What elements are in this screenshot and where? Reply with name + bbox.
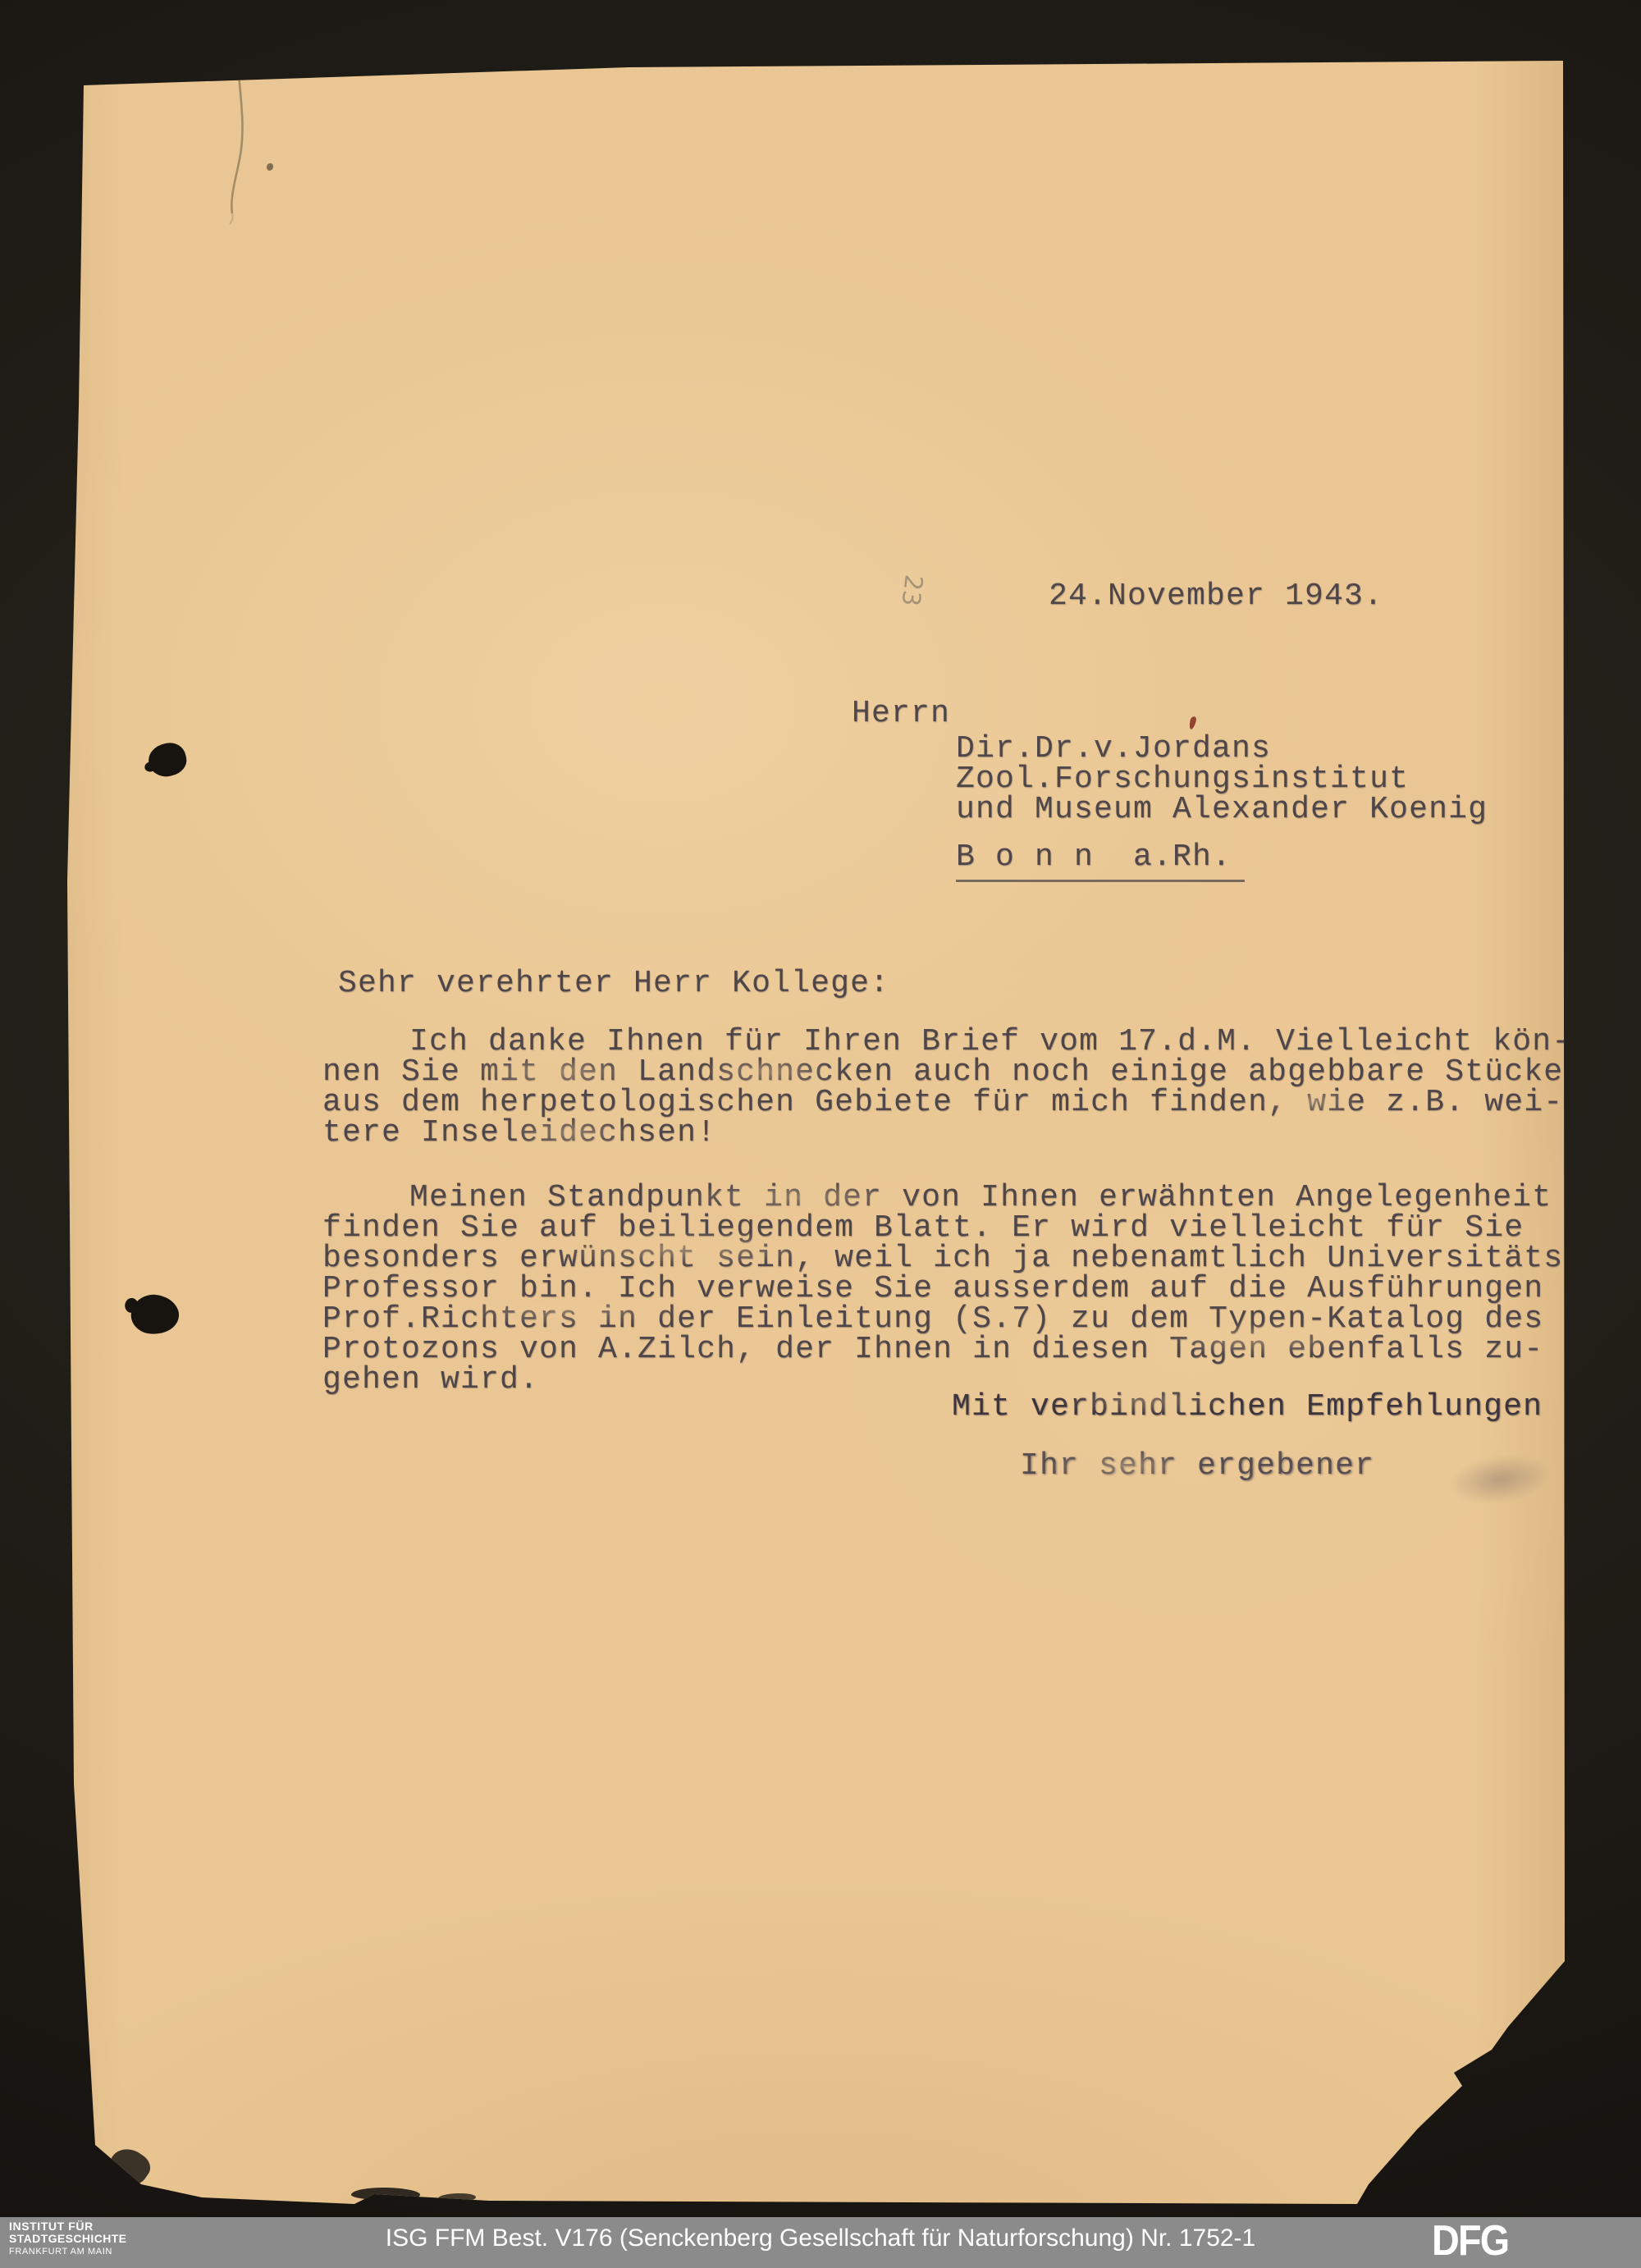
- edge-nick: [104, 2142, 155, 2191]
- body-line: besonders erwünscht sein, weil ich ja ne…: [322, 1243, 1583, 1273]
- scan-background: 24.November 1943. Herrn Dir.Dr.v.Jordans…: [0, 0, 1641, 2268]
- institute-line: STADTGESCHICHTE: [9, 2233, 126, 2245]
- body-line: Professor bin. Ich verweise Sie ausserde…: [322, 1273, 1583, 1304]
- red-ink-mark: [1188, 716, 1197, 729]
- paper-fiber: [210, 61, 267, 225]
- recipient-institute: Zool.Forschungsinstitut: [956, 764, 1409, 794]
- body-line: aus dem herpetologischen Gebiete für mic…: [322, 1087, 1571, 1118]
- recipient-institute-2: und Museum Alexander Koenig: [956, 794, 1488, 825]
- signature-line: Ihr sehr ergebener: [1020, 1451, 1374, 1481]
- greeting-line: Sehr verehrter Herr Kollege:: [338, 968, 889, 999]
- ink-smudge: [1447, 1449, 1555, 1511]
- institute-line: FRANKFURT AM MAIN: [9, 2246, 126, 2257]
- body-line: Protozons von A.Zilch, der Ihnen in dies…: [322, 1334, 1583, 1365]
- date-line: 24.November 1943.: [1049, 581, 1383, 611]
- recipient-intro: Herrn: [852, 698, 950, 729]
- punch-hole-bottom: [129, 1292, 181, 1337]
- body-line: finden Sie auf beiliegendem Blatt. Er wi…: [322, 1213, 1583, 1243]
- body-line: tere Inseleidechsen!: [322, 1118, 1571, 1148]
- body-line: Meinen Standpunkt in der von Ihnen erwäh…: [322, 1182, 1583, 1213]
- body-line: nen Sie mit den Landschnecken auch noch …: [322, 1057, 1571, 1087]
- archive-footer: INSTITUT FÜR STADTGESCHICHTE FRANKFURT A…: [0, 2217, 1641, 2268]
- institute-line: INSTITUT FÜR: [9, 2220, 126, 2233]
- punch-hole-top: [145, 740, 189, 780]
- footer-reference: ISG FFM Best. V176 (Senckenberg Gesellsc…: [386, 2225, 1255, 2252]
- recipient-city: B o n n a.Rh.: [956, 842, 1245, 882]
- letter-page: 24.November 1943. Herrn Dir.Dr.v.Jordans…: [62, 61, 1565, 2204]
- body-line: Ich danke Ihnen für Ihren Brief vom 17.d…: [322, 1027, 1571, 1057]
- paragraph-1: Ich danke Ihnen für Ihren Brief vom 17.d…: [322, 1027, 1571, 1148]
- recipient-name: Dir.Dr.v.Jordans: [956, 734, 1271, 764]
- pencil-annotation: 23: [895, 573, 927, 607]
- body-line: Prof.Richters in der Einleitung (S.7) zu…: [322, 1304, 1583, 1334]
- paragraph-2: Meinen Standpunkt in der von Ihnen erwäh…: [322, 1182, 1583, 1395]
- paper-speck: [267, 163, 273, 171]
- edge-nick: [438, 2193, 476, 2203]
- dfg-logo: DFG: [1432, 2216, 1508, 2266]
- edge-nick: [351, 2187, 420, 2201]
- closing-line: Mit verbindlichen Empfehlungen: [952, 1392, 1543, 1422]
- footer-institute-name: INSTITUT FÜR STADTGESCHICHTE FRANKFURT A…: [9, 2220, 126, 2257]
